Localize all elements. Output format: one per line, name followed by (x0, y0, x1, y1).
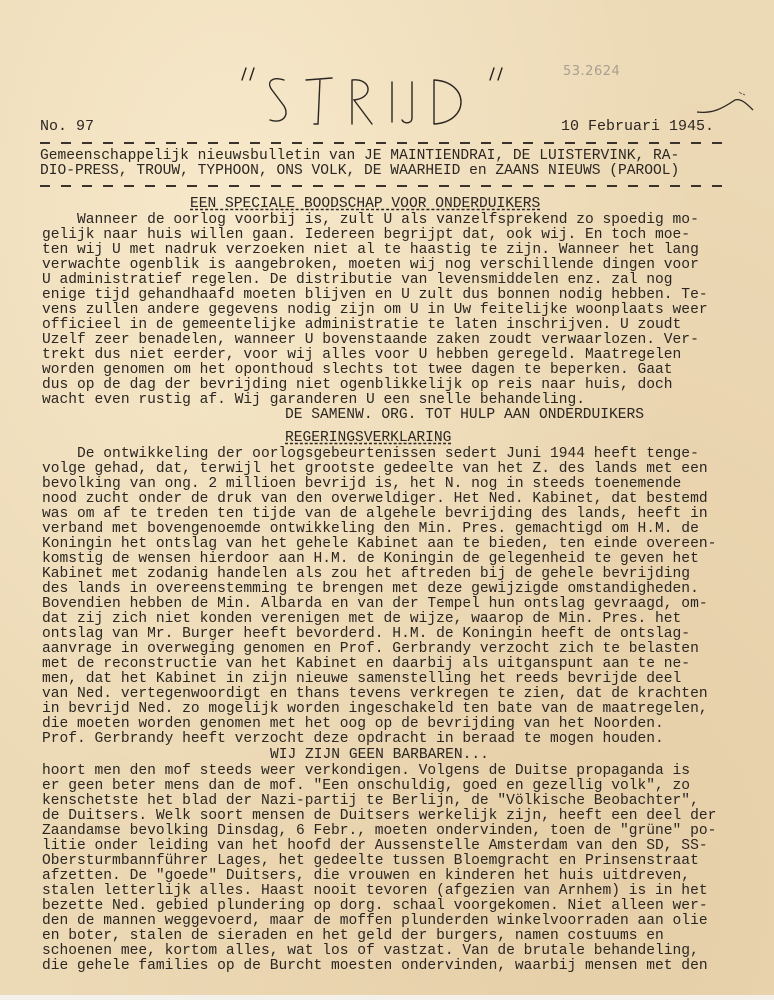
article-line: trekt dus niet eerder, voor wij alles vo… (42, 347, 681, 363)
article-line: U administratief regelen. De distributie… (42, 272, 673, 288)
article-line: wacht even rustig af. Wij garanderen U e… (42, 392, 585, 408)
article-line: ontslag van Mr. Burger heeft bevorderd. … (42, 626, 690, 642)
article-line: officieel in de gemeentelijke administra… (42, 317, 681, 333)
article-signature: DE SAMENW. ORG. TOT HULP AAN ONDERDUIKER… (285, 407, 644, 423)
article-line: komstig de wensen hierdoor aan H.M. de K… (42, 551, 699, 567)
article-line: worden genomen om het oponthoud slechts … (42, 362, 673, 378)
divider (40, 142, 728, 144)
article-line: ten wij U met nadruk verzoeken niet al t… (42, 242, 699, 258)
article-heading: EEN SPECIALE BOODSCHAP VOOR ONDERDUIKERS (190, 196, 540, 212)
newsletter-page: 53.2624 No. 97 10 Februari 1945. Gemeens… (0, 0, 774, 995)
article-line: Bovendien hebben de Min. Albarda en van … (42, 596, 708, 612)
subtitle-line: Gemeenschappelijk nieuwsbulletin van JE … (40, 148, 679, 164)
article-line: verwachte ogenblik is aangebroken, moete… (42, 257, 699, 273)
article-line: hoort men den mof steeds weer verkondige… (42, 763, 690, 779)
article-line: die gehele families op de Burcht moesten… (42, 958, 708, 974)
article-line: afzetten. De "goede" Duitsers, die vrouw… (42, 868, 690, 884)
article-line: den de mannen weggevoerd, maar de moffen… (42, 913, 708, 929)
subtitle-line: DIO-PRESS, TROUW, TYPHOON, ONS VOLK, DE … (40, 163, 679, 179)
article-line: De ontwikkeling der oorlogsgebeurtenisse… (42, 446, 699, 462)
article-line: was om af te treden ten tijde van de alg… (42, 506, 708, 522)
article-line: met de reconstructie van het Kabinet en … (42, 656, 690, 672)
article-line: schoenen mee, kortom alles, wat los of v… (42, 943, 699, 959)
article-line: kenschetste het blad der Nazi-partij te … (42, 793, 699, 809)
article-line: in bevrijd Ned. zo mogelijk worden inges… (42, 701, 708, 717)
article-line: bezette Ned. gebied plundering op dorg. … (42, 898, 708, 914)
article-line: litie onder leiding van het hoofd der Au… (42, 838, 708, 854)
issue-date: 10 Februari 1945. (561, 118, 714, 135)
article-line: Zaandamse bevolking Dinsdag, 6 Febr., mo… (42, 823, 716, 839)
masthead-title (232, 62, 532, 142)
article-line: aanvrage in overweging genomen en Prof. … (42, 641, 699, 657)
article-line: er geen beter mens dan de mof. "Een onsc… (42, 778, 690, 794)
issue-number: No. 97 (40, 118, 94, 135)
article-line: Uzelf zeer benadelen, wanneer U bovensta… (42, 332, 699, 348)
article-line: nood zucht onder de druk van den overwel… (42, 491, 708, 507)
article-line: Obersturmbannführer Lages, het gedeelte … (42, 853, 699, 869)
article-line: van Ned. vertegenwoordigt en thans teven… (42, 686, 708, 702)
article-line: stalen letterlijk alles. Haast nooit tev… (42, 883, 708, 899)
article-line: Kabinet met zodanig handelen als zou het… (42, 566, 690, 582)
article-line: men, dat het Kabinet in zijn nieuwe same… (42, 671, 681, 687)
article-heading: WIJ ZIJN GEEN BARBAREN... (270, 747, 489, 763)
article-line: en boter, stalen de sieraden en het geld… (42, 928, 664, 944)
article-line: verband met bovengenoemde ontwikkeling d… (42, 521, 699, 537)
article-line: Prof. Gerbrandy heeft verzocht deze opdr… (42, 731, 664, 747)
article-line: die moeten worden genomen met het oog op… (42, 716, 664, 732)
article-line: bevolking van ong. 2 millioen bevrijd is… (42, 476, 681, 492)
article-line: Koningin het ontslag van het gehele Kabi… (42, 536, 716, 552)
article-line: dus op de dag der bevrijding niet ogenbl… (42, 377, 673, 393)
article-line: des lands in overeenstemming te brengen … (42, 581, 699, 597)
article-line: vens zullen andere gegevens nodig zijn o… (42, 302, 708, 318)
article-heading: REGERINGSVERKLARING (285, 430, 451, 446)
article-line: de Duitsers. Welk soort mensen de Duitse… (42, 808, 716, 824)
article-line: enige tijd gehandhaafd moeten blijven en… (42, 287, 708, 303)
archive-stamp: 53.2624 (563, 64, 620, 79)
article-line: gelijk naar huis willen gaan. Iedereen b… (42, 227, 690, 243)
article-line: dat zij zich niet konden verenigen met d… (42, 611, 681, 627)
article-line: Wanneer de oorlog voorbij is, zult U als… (42, 212, 699, 228)
article-line: volge gehad, dat, terwijl het grootste g… (42, 461, 708, 477)
pen-mark-icon (695, 90, 755, 120)
divider (40, 185, 728, 187)
